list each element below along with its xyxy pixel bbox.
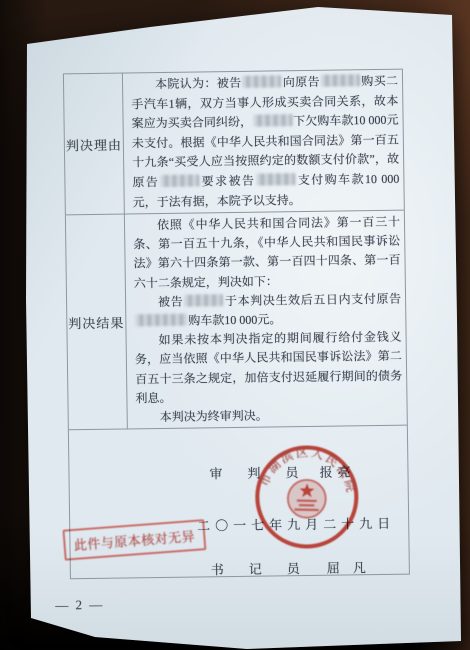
row-judgment-reason: 判决理由 本院认为：被告向原告购买二手汽车1辆，双方当事人形成买卖合同关系，故本… xyxy=(64,70,404,216)
page-number: — 2 — xyxy=(55,597,104,614)
document-content: 判决理由 本院认为：被告向原告购买二手汽车1辆，双方当事人形成买卖合同关系，故本… xyxy=(0,0,470,650)
stamp-text: 此件与原本核对无异 xyxy=(73,526,196,554)
label-text: 判决结果 xyxy=(68,312,124,332)
judgment-result-text: 依照《中华人民共和国合同法》第一百三十条、第一百五十九条，《中华人民共和国民事诉… xyxy=(125,211,407,429)
label-judgment-reason: 判决理由 xyxy=(64,74,125,215)
redacted-name xyxy=(184,294,223,307)
judgment-reason-text: 本院认为：被告向原告购买二手汽车1辆，双方当事人形成买卖合同关系，故本案应为买卖… xyxy=(123,70,404,214)
label-text: 判决理由 xyxy=(66,134,122,154)
paragraph: 本判决为终审判决。 xyxy=(136,405,403,428)
paragraph: 本院认为：被告向原告购买二手汽车1辆，双方当事人形成买卖合同关系，故本案应为买卖… xyxy=(131,72,400,213)
paragraph: 被告于本判决生效后五日内支付原告购车款10 000元。 xyxy=(134,289,402,331)
national-emblem-icon xyxy=(288,480,327,519)
paper-shadow: 判决理由 本院认为：被告向原告购买二手汽车1辆，双方当事人形成买卖合同关系，故本… xyxy=(0,0,470,650)
redacted-name xyxy=(160,174,199,187)
clerk-label: 书记员 xyxy=(211,561,325,578)
photo-backdrop: 判决理由 本院认为：被告向原告购买二手汽车1辆，双方当事人形成买卖合同关系，故本… xyxy=(0,0,470,650)
clerk-line: 书记员屈凡 xyxy=(211,557,379,578)
paragraph: 依照《中华人民共和国合同法》第一百三十条、第一百五十九条，《中华人民共和国民事诉… xyxy=(133,213,401,294)
court-seal: 市湖滨区人民法院 xyxy=(252,441,362,553)
redacted-name xyxy=(256,173,295,186)
redacted-name xyxy=(242,75,281,88)
redacted-name xyxy=(253,114,292,127)
redacted-name xyxy=(135,314,187,327)
clerk-name: 屈凡 xyxy=(327,560,379,576)
row-judgment-result: 判决结果 依照《中华人民共和国合同法》第一百三十条、第一百五十九条，《中华人民共… xyxy=(66,211,407,431)
label-judgment-result: 判决结果 xyxy=(66,215,128,430)
document-paper: 判决理由 本院认为：被告向原告购买二手汽车1辆，双方当事人形成买卖合同关系，故本… xyxy=(0,0,470,650)
redacted-name xyxy=(321,74,360,87)
paragraph: 如果未按本判决指定的期间履行给付金钱义务，应当依照《中华人民共和国民事诉讼法》第… xyxy=(135,328,403,409)
